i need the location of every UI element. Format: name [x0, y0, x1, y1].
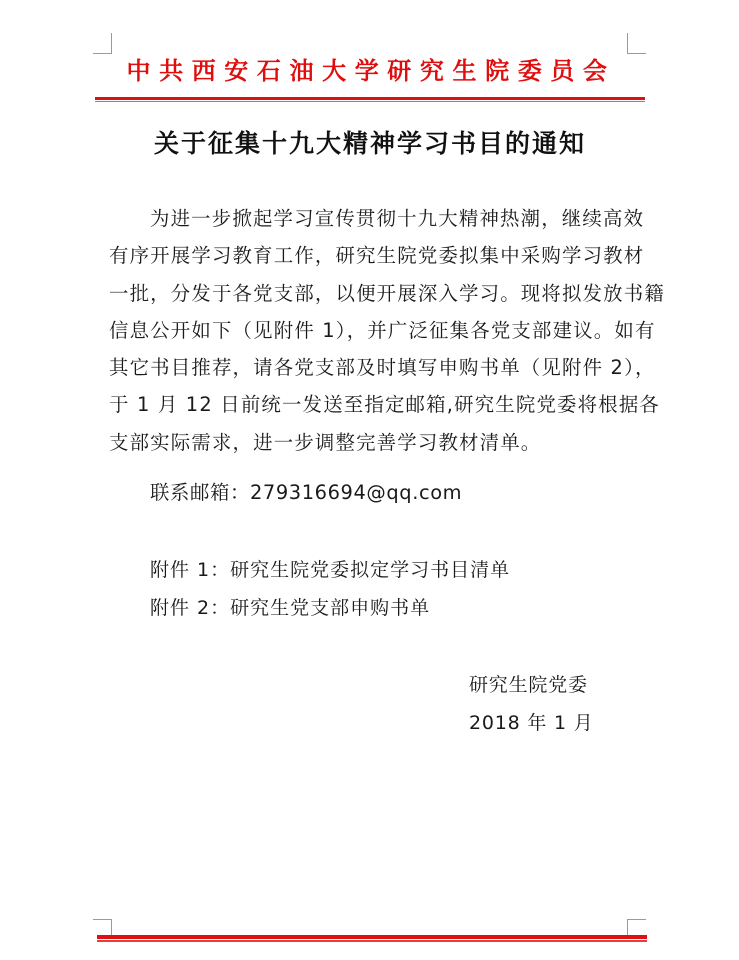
contact-email: 279316694@qq.com	[250, 481, 462, 504]
signature-date: 2018 年 1 月	[469, 704, 594, 742]
rule-thin-line	[97, 940, 647, 942]
body-line: 信息公开如下（见附件 1），并广泛征集各党支部建议。如有	[109, 312, 631, 349]
notice-body: 为进一步掀起学习宣传贯彻十九大精神热潮，继续高效 有序开展学习教育工作，研究生院…	[109, 200, 631, 461]
body-line: 于 1 月 12 日前统一发送至指定邮箱,研究生院党委将根据各	[109, 386, 631, 423]
crop-mark-top-left	[93, 33, 112, 54]
footer-red-rule	[97, 935, 647, 942]
rule-thin-line	[95, 101, 645, 102]
contact-label: 联系邮箱：	[150, 481, 250, 504]
body-line: 为进一步掀起学习宣传贯彻十九大精神热潮，继续高效	[109, 200, 631, 237]
header-red-rule	[95, 97, 645, 102]
body-line: 一批，分发于各党支部，以便开展深入学习。现将拟发放书籍	[109, 275, 631, 312]
contact-email-line: 联系邮箱：279316694@qq.com	[150, 474, 462, 511]
signature-block: 研究生院党委 2018 年 1 月	[469, 666, 594, 742]
attachment-item-2: 附件 2：研究生党支部申购书单	[150, 590, 510, 628]
body-line: 有序开展学习教育工作，研究生院党委拟集中采购学习教材	[109, 237, 631, 274]
body-line: 其它书目推荐，请各党支部及时填写申购书单（见附件 2），	[109, 349, 631, 386]
signature-issuer: 研究生院党委	[469, 666, 594, 704]
organization-header: 中共西安石油大学研究生院委员会	[96, 54, 646, 88]
document-title: 关于征集十九大精神学习书目的通知	[100, 126, 640, 162]
body-line: 支部实际需求，进一步调整完善学习教材清单。	[109, 424, 631, 461]
attachment-list: 附件 1：研究生院党委拟定学习书目清单 附件 2：研究生党支部申购书单	[150, 552, 510, 627]
crop-mark-top-right	[627, 33, 646, 54]
attachment-item-1: 附件 1：研究生院党委拟定学习书目清单	[150, 552, 510, 590]
